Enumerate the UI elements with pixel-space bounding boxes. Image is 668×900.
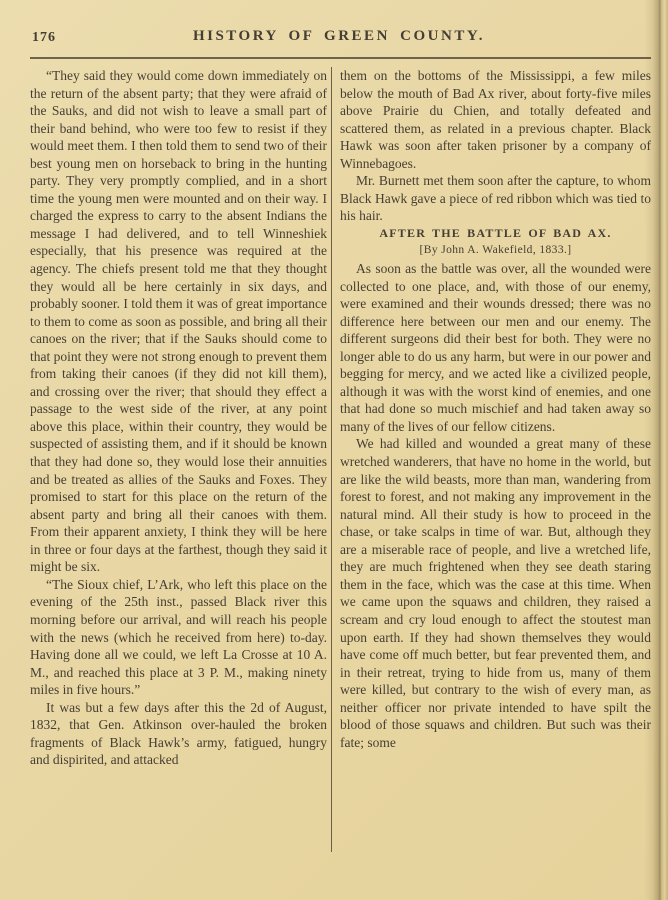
- body-paragraph: It was but a few days after this the 2d …: [30, 699, 327, 769]
- text-columns: “They said they would come down immediat…: [30, 67, 651, 860]
- body-paragraph: “The Sioux chief, L’Ark, who left this p…: [30, 576, 327, 699]
- body-paragraph: As soon as the battle was over, all the …: [340, 260, 651, 435]
- body-paragraph: Mr. Burnett met them soon after the capt…: [340, 172, 651, 225]
- page-header: 176 HISTORY OF GREEN COUNTY.: [30, 28, 648, 52]
- right-column: them on the bottoms of the Mississippi, …: [340, 67, 651, 860]
- body-paragraph-continuation: them on the bottoms of the Mississippi, …: [340, 67, 651, 172]
- body-paragraph: We had killed and wounded a great many o…: [340, 435, 651, 751]
- left-column: “They said they would come down immediat…: [30, 67, 327, 860]
- running-head: HISTORY OF GREEN COUNTY.: [30, 28, 648, 45]
- section-heading: AFTER THE BATTLE OF BAD AX.: [340, 225, 651, 243]
- header-rule: [30, 57, 651, 59]
- section-byline: [By John A. Wakefield, 1833.]: [340, 242, 651, 260]
- body-paragraph: “They said they would come down immediat…: [30, 67, 327, 576]
- column-gap: [332, 67, 340, 860]
- book-page: 176 HISTORY OF GREEN COUNTY. “They said …: [0, 0, 668, 900]
